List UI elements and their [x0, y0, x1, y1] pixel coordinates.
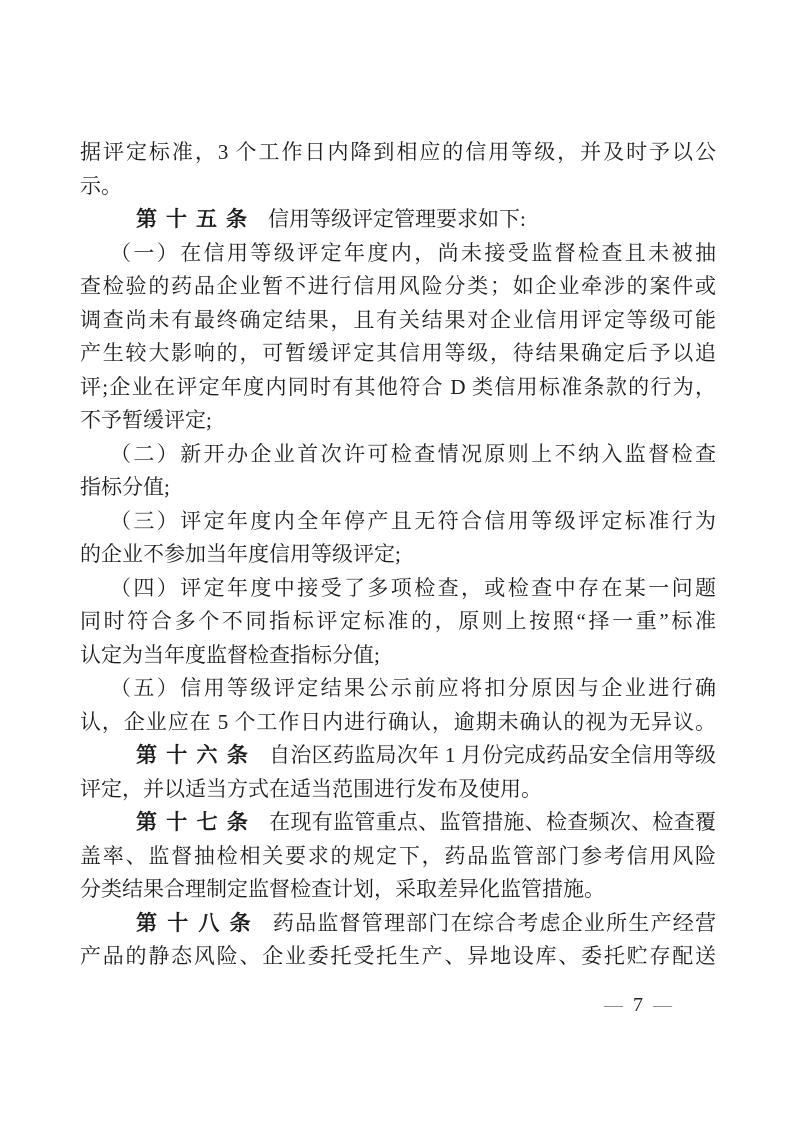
text-line: 据评定标准，3 个工作日内降到相应的信用等级，并及时予以公: [80, 136, 716, 170]
page-number-value: 7: [633, 994, 643, 1016]
line-text: （二）新开办企业首次许可检查情况原则上不纳入监督检查: [110, 442, 716, 466]
line-text: 药品监督管理部门在综合考虑企业所生产经营: [273, 911, 716, 935]
line-text: （四）评定年度中接受了多项检查，或检查中存在某一问题: [110, 576, 716, 600]
page-number: —7—: [604, 993, 672, 1017]
text-line: 第十五条信用等级评定管理要求如下:: [80, 203, 716, 237]
line-text: 评定，并以适当方式在适当范围进行发布及使用。: [80, 777, 542, 801]
text-line: 第十八条药品监督管理部门在综合考虑企业所生产经营: [80, 907, 716, 941]
text-line: 产生较大影响的，可暂缓评定其信用等级，待结果确定后予以追: [80, 337, 716, 371]
text-line: 同时符合多个不同指标评定标准的，原则上按照“择一重”标准: [80, 605, 716, 639]
line-text: 信用等级评定管理要求如下:: [268, 207, 526, 231]
text-line: （二）新开办企业首次许可检查情况原则上不纳入监督检查: [80, 438, 716, 472]
text-line: 认，企业应在 5 个工作日内进行确认，逾期未确认的视为无异议。: [80, 706, 716, 740]
text-line: 评定，并以适当方式在适当范围进行发布及使用。: [80, 773, 716, 807]
document-body: 据评定标准，3 个工作日内降到相应的信用等级，并及时予以公示。第十五条信用等级评…: [80, 136, 716, 974]
text-line: 第十七条在现有监管重点、监管措施、检查频次、检查覆: [80, 806, 716, 840]
text-line: 调查尚未有最终确定结果，且有关结果对企业信用评定等级可能: [80, 304, 716, 338]
line-text: 认定为当年度监督检查指标分值;: [80, 643, 380, 667]
line-text: （三）评定年度内全年停产且无符合信用等级评定标准行为: [110, 509, 716, 533]
line-text: 指标分值;: [80, 475, 170, 499]
text-line: 查检验的药品企业暂不进行信用风险分类；如企业牵涉的案件或: [80, 270, 716, 304]
line-text: 产品的静态风险、企业委托受托生产、异地设库、委托贮存配送: [80, 944, 716, 968]
text-line: （三）评定年度内全年停产且无符合信用等级评定标准行为: [80, 505, 716, 539]
text-line: 认定为当年度监督检查指标分值;: [80, 639, 716, 673]
text-line: 评;企业在评定年度内同时有其他符合 D 类信用标准条款的行为，: [80, 371, 716, 405]
line-text: 查检验的药品企业暂不进行信用风险分类；如企业牵涉的案件或: [80, 274, 716, 298]
line-text: 分类结果合理制定监督检查计划，采取差异化监管措施。: [80, 877, 605, 901]
line-text: 盖率、监督抽检相关要求的规定下，药品监管部门参考信用风险: [80, 844, 716, 868]
line-text: 认，企业应在 5 个工作日内进行确认，逾期未确认的视为无异议。: [80, 710, 716, 734]
text-line: （五）信用等级评定结果公示前应将扣分原因与企业进行确: [80, 672, 716, 706]
text-line: 的企业不参加当年度信用等级评定;: [80, 538, 716, 572]
page-number-dash-left: —: [604, 995, 623, 1016]
text-line: 示。: [80, 170, 716, 204]
line-text: 自治区药监局次年 1 月份完成药品安全信用等级: [269, 743, 716, 767]
article-number: 第十六条: [136, 743, 257, 767]
text-line: （一）在信用等级评定年度内，尚未接受监督检查且未被抽: [80, 237, 716, 271]
line-text: 据评定标准，3 个工作日内降到相应的信用等级，并及时予以公: [80, 140, 716, 164]
line-text: 的企业不参加当年度信用等级评定;: [80, 542, 401, 566]
text-line: 分类结果合理制定监督检查计划，采取差异化监管措施。: [80, 873, 716, 907]
line-text: 评;企业在评定年度内同时有其他符合 D 类信用标准条款的行为，: [80, 375, 716, 399]
line-text: 调查尚未有最终确定结果，且有关结果对企业信用评定等级可能: [80, 308, 716, 332]
text-line: 指标分值;: [80, 471, 716, 505]
text-line: 盖率、监督抽检相关要求的规定下，药品监管部门参考信用风险: [80, 840, 716, 874]
text-line: 产品的静态风险、企业委托受托生产、异地设库、委托贮存配送: [80, 940, 716, 974]
line-text: 在现有监管重点、监管措施、检查频次、检查覆: [269, 810, 716, 834]
line-text: 示。: [80, 174, 122, 198]
page-number-dash-right: —: [653, 995, 672, 1016]
line-text: 产生较大影响的，可暂缓评定其信用等级，待结果确定后予以追: [80, 341, 716, 365]
line-text: 同时符合多个不同指标评定标准的，原则上按照“择一重”标准: [80, 609, 716, 633]
line-text: （一）在信用等级评定年度内，尚未接受监督检查且未被抽: [110, 241, 716, 265]
text-line: （四）评定年度中接受了多项检查，或检查中存在某一问题: [80, 572, 716, 606]
text-line: 第十六条自治区药监局次年 1 月份完成药品安全信用等级: [80, 739, 716, 773]
article-number: 第十五条: [136, 207, 256, 231]
document-page: 据评定标准，3 个工作日内降到相应的信用等级，并及时予以公示。第十五条信用等级评…: [0, 0, 793, 1122]
article-number: 第十七条: [136, 810, 257, 834]
text-line: 不予暂缓评定;: [80, 404, 716, 438]
line-text: 不予暂缓评定;: [80, 408, 212, 432]
article-number: 第十八条: [136, 911, 261, 935]
line-text: （五）信用等级评定结果公示前应将扣分原因与企业进行确: [110, 676, 716, 700]
